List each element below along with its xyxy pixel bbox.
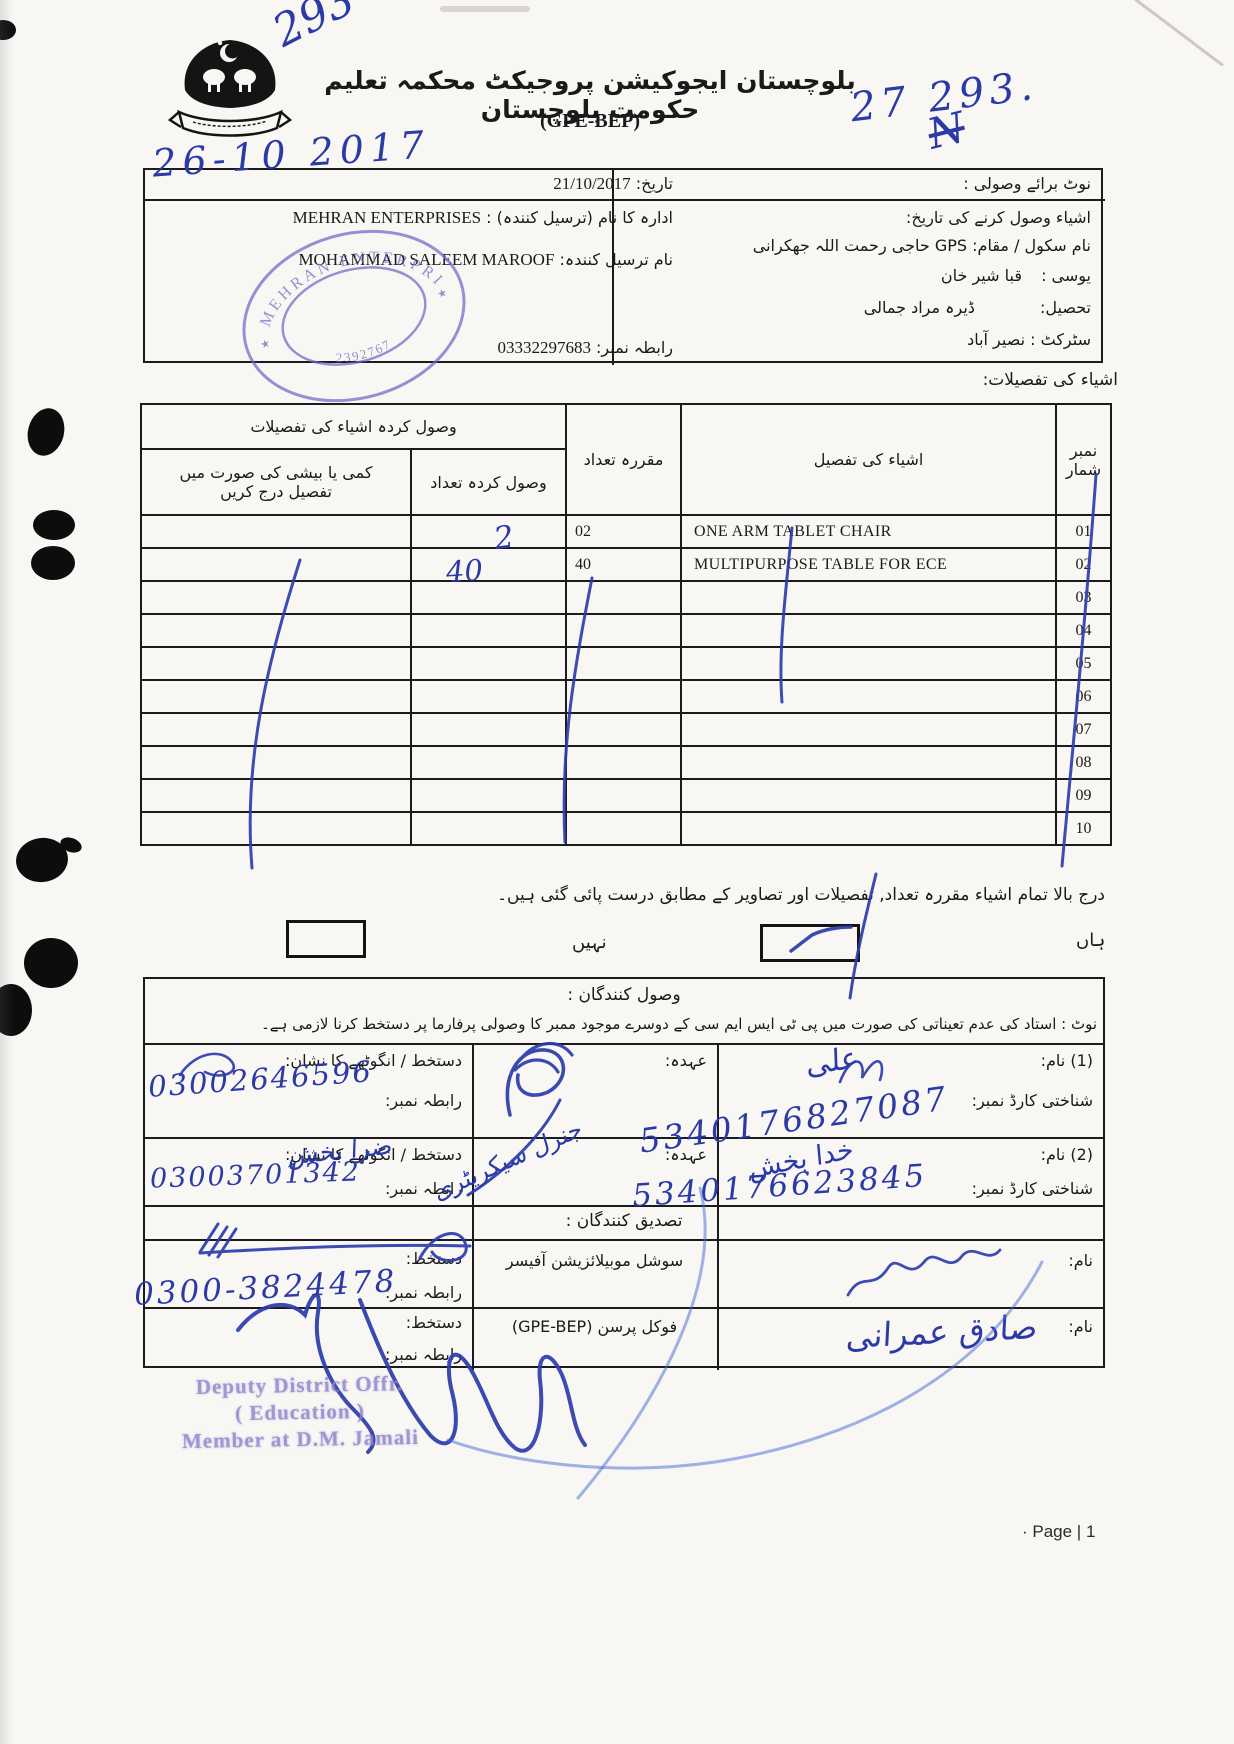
stamp-number: 2392767: [332, 335, 395, 370]
org-label: ادارہ کا نام (ترسیل کنندہ) :: [486, 208, 673, 227]
received-qty-cell: [411, 812, 566, 845]
district-value: نصیر آباد: [967, 330, 1025, 349]
fixed-qty-cell: [566, 713, 681, 746]
contact-value: 03332297683: [497, 338, 591, 357]
received-qty-cell: [411, 779, 566, 812]
contact-label: رابطہ نمبر:: [596, 338, 673, 357]
item-row: 05: [141, 647, 1111, 680]
discrepancy-cell: [141, 680, 411, 713]
item-row: 07: [141, 713, 1111, 746]
serial-cell: 01: [1056, 515, 1111, 548]
hole-punch-mark: [31, 546, 75, 580]
fixed-qty-cell: [566, 614, 681, 647]
verifier2-sign-label: دستخط:: [406, 1313, 462, 1332]
district-label: سٹرکٹ :: [1030, 330, 1091, 349]
recipient1-designation-label: عہدہ:: [665, 1051, 707, 1070]
item-row: 09: [141, 779, 1111, 812]
recipient1-cnic-label: شناختی کارڈ نمبر:: [972, 1091, 1093, 1110]
government-emblem-logo: [165, 30, 295, 142]
stamp-star-icon: ★: [259, 336, 272, 351]
detail-cell: ONE ARM TABLET CHAIR: [681, 515, 1056, 548]
verifier1-name-label: نام:: [1068, 1251, 1093, 1270]
receipt-note-label: نوٹ برائے وصولی :: [963, 174, 1091, 193]
items-table: نمبر شمار اشیاء کی تفصیل مقررہ تعداد وصو…: [140, 403, 1112, 846]
item-row: 04: [141, 614, 1111, 647]
svg-text:2392767: 2392767: [332, 335, 395, 370]
discrepancy-cell: [141, 515, 411, 548]
office-stamp-line3: Member at D.M. Jamali: [130, 1423, 470, 1456]
discrepancy-cell: [141, 548, 411, 581]
discrepancy-cell: [141, 746, 411, 779]
confirmation-statement: درج بالا تمام اشیاء مقررہ تعداد, تفصیلات…: [440, 884, 1105, 905]
received-qty-cell: [411, 548, 566, 581]
school-value: GPS حاجی رحمت اللہ جھکرانی: [753, 236, 967, 255]
received-qty-cell: [411, 713, 566, 746]
col-header-discrepancy: کمی یا بیشی کی صورت میں تفصیل درج کریں: [141, 449, 411, 515]
scanned-document-page: بلوچستان ایجوکیشن پروجیکٹ محکمہ تعلیم حک…: [0, 0, 1234, 1744]
hole-punch-mark: [23, 404, 70, 459]
received-qty-cell: [411, 614, 566, 647]
paper-edge-shadow: [0, 0, 14, 1744]
paper-crease: [1126, 0, 1224, 67]
detail-cell: [681, 812, 1056, 845]
detail-cell: [681, 680, 1056, 713]
col-header-serial: نمبر شمار: [1056, 404, 1111, 515]
recipient1-name-label: (1) نام:: [1041, 1051, 1093, 1070]
no-label: نہیں: [572, 932, 607, 953]
handwritten-received-qty-2: 40: [445, 553, 484, 589]
fixed-qty-cell: [566, 779, 681, 812]
detail-cell: [681, 713, 1056, 746]
detail-cell: [681, 581, 1056, 614]
serial-cell: 10: [1056, 812, 1111, 845]
col-header-detail: اشیاء کی تفصیل: [681, 404, 1056, 515]
verifier2-name-label: نام:: [1068, 1317, 1093, 1336]
discrepancy-cell: [141, 581, 411, 614]
serial-cell: 08: [1056, 746, 1111, 779]
detail-cell: [681, 614, 1056, 647]
info-row-divider: [612, 199, 1105, 201]
serial-cell: 05: [1056, 647, 1111, 680]
items-section-label: اشیاء کی تفصیلات:: [850, 370, 1118, 390]
col-header-fixed-qty: مقررہ تعداد: [566, 404, 681, 515]
tehsil-value: ڈیرہ مراد جمالی: [864, 298, 975, 317]
item-row: 03: [141, 581, 1111, 614]
serial-cell: 03: [1056, 581, 1111, 614]
school-label: نام سکول / مقام:: [972, 236, 1091, 255]
recipients-note: نوٹ : استاد کی عدم تعیناتی کی صورت میں پ…: [149, 1015, 1097, 1033]
detail-cell: [681, 779, 1056, 812]
fixed-qty-cell: 40: [566, 548, 681, 581]
uc-label: یوسی :: [1041, 266, 1091, 285]
no-checkbox: [286, 920, 366, 958]
date-label: تاریخ:: [636, 174, 673, 193]
serial-cell: 07: [1056, 713, 1111, 746]
item-row: 06: [141, 680, 1111, 713]
verifier1-sign-label: دستخط:: [406, 1249, 462, 1268]
item-row: 01ONE ARM TABLET CHAIR02: [141, 515, 1111, 548]
fixed-qty-cell: [566, 647, 681, 680]
recipient2-name-label: (2) نام:: [1041, 1145, 1093, 1164]
item-row: 10: [141, 812, 1111, 845]
sender-label: نام ترسیل کنندہ:: [560, 250, 673, 269]
handwritten-recipient1-name: علی: [806, 1040, 860, 1083]
discrepancy-cell: [141, 812, 411, 845]
received-qty-cell: [411, 746, 566, 779]
detail-cell: [681, 746, 1056, 779]
fixed-qty-cell: [566, 680, 681, 713]
recipients-header: وصول کنندگان :: [145, 985, 1103, 1005]
date-value: 21/10/2017: [553, 174, 630, 193]
uc-value: قبا شیر خان: [941, 266, 1022, 285]
fixed-qty-cell: 02: [566, 515, 681, 548]
discrepancy-cell: [141, 647, 411, 680]
hole-punch-mark: [24, 938, 78, 988]
item-row: 02MULTIPURPOSE TABLE FOR ECE40: [141, 548, 1111, 581]
received-qty-cell: [411, 680, 566, 713]
received-qty-cell: [411, 515, 566, 548]
received-qty-cell: [411, 581, 566, 614]
verifier2-contact-label: رابطہ نمبر:: [385, 1345, 462, 1364]
hole-punch-mark: [33, 510, 75, 540]
page-number: · Page | 1: [1022, 1522, 1095, 1542]
verifier1-designation: سوشل موبیلائزیشن آفیسر: [474, 1251, 715, 1270]
serial-cell: 02: [1056, 548, 1111, 581]
col-header-received-group: وصول کردہ اشیاء کی تفصیلات: [141, 404, 566, 449]
item-row: 08: [141, 746, 1111, 779]
info-row-divider: [145, 199, 612, 201]
discrepancy-cell: [141, 779, 411, 812]
serial-cell: 06: [1056, 680, 1111, 713]
fixed-qty-cell: [566, 812, 681, 845]
tehsil-label: تحصیل:: [1040, 298, 1091, 317]
fixed-qty-cell: [566, 581, 681, 614]
recipient1-contact-label: رابطہ نمبر:: [385, 1091, 462, 1110]
detail-cell: MULTIPURPOSE TABLE FOR ECE: [681, 548, 1056, 581]
col-header-received-qty: وصول کردہ تعداد: [411, 449, 566, 515]
office-stamp: Deputy District Offr. ( Education ) Memb…: [129, 1369, 470, 1456]
serial-cell: 09: [1056, 779, 1111, 812]
serial-cell: 04: [1056, 614, 1111, 647]
yes-label: ہاں: [1076, 930, 1105, 951]
verifiers-header: تصدیق کنندگان :: [145, 1211, 1103, 1231]
discrepancy-cell: [141, 614, 411, 647]
verifier2-designation: فوکل پرسن (GPE-BEP): [474, 1317, 715, 1336]
fixed-qty-cell: [566, 746, 681, 779]
stamp-star-icon: ★: [436, 286, 449, 301]
recipient2-cnic-label: شناختی کارڈ نمبر:: [972, 1179, 1093, 1198]
receive-date-label: اشیاء وصول کرنے کی تاریخ:: [906, 208, 1091, 227]
scan-smudge: [440, 6, 530, 12]
discrepancy-cell: [141, 713, 411, 746]
received-qty-cell: [411, 647, 566, 680]
yes-checkbox: [760, 924, 860, 962]
detail-cell: [681, 647, 1056, 680]
